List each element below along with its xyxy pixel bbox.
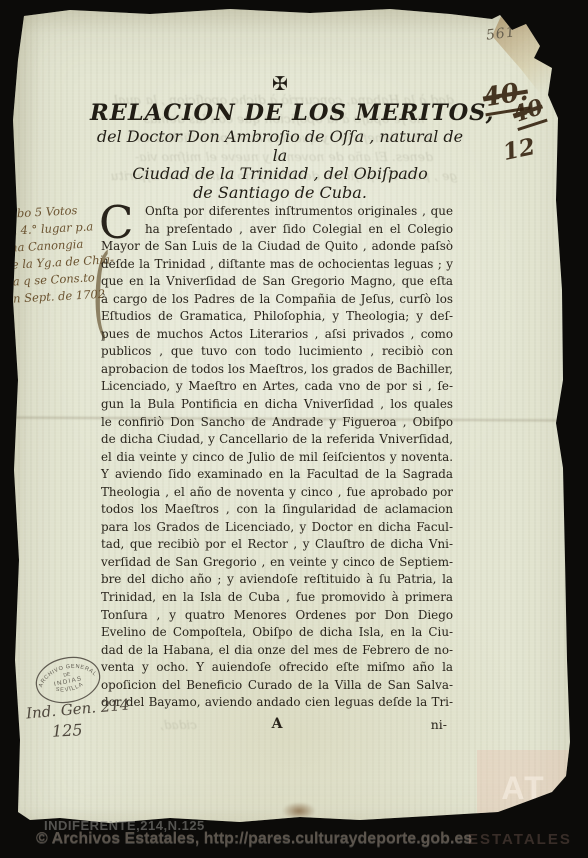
text-line: gun la Bula Pontificia en dicha Vniverſi… [101,396,453,414]
text-line: para los Grados de Licenciado, y Doctor … [101,519,453,537]
catchword: ni- [431,717,447,732]
ghost-watermark: ESTATALES [468,831,572,848]
text-line: dad de la Habana, el dia onze del mes de… [101,642,453,660]
text-line: bre del dicho año ; y aviendoſe reſtitui… [101,571,453,589]
text-line: Y aviendo ſido examinado en la Facultad … [101,466,453,484]
subtitle-line: Ciudad de la Trinidad , del Obiſpado [90,165,470,184]
edge-stain [282,802,316,817]
document-subtitle: del Doctor Don Ambroſio de Oſſa , natura… [90,128,470,202]
text-line: de dicha Ciudad, y Cancellario de la ref… [101,431,453,449]
text-line: que en la Vniverſidad de San Gregorio Ma… [101,273,453,291]
text-line: Theologia , el año de noventa y cinco , … [101,484,453,502]
text-line: Onſta por diferentes inſtrumentos origin… [101,203,453,221]
text-line: Evelino de Compoſtela, Obiſpo de dicha I… [101,624,453,642]
text-line: Mayor de San Luis de la Ciudad de Quito … [101,238,453,256]
pink-stamp-letters: AT [501,770,545,807]
text-line: Trinidad, en la Isla de Cuba , fue promo… [101,589,453,607]
text-line: aprobacion de todos los Maeſtros, los gr… [101,361,453,379]
text-line: Tonſura , y quatro Menores Ordenes por D… [101,607,453,625]
text-line: verſidad de San Gregorio , en veinte y c… [101,554,453,572]
text-line: Eſtudios de Gramatica, Philoſophia, y Th… [101,308,453,326]
subtitle-line: del Doctor Don Ambroſio de Oſſa , natura… [90,128,470,165]
scan-background: dad à la Habana, concurriò à dicho opoſi… [0,0,588,858]
text-line: publicos , que tuvo con todo lucimiento … [101,343,453,361]
title-block: ✠ RELACION DE LOS MERITOS, del Doctor Do… [90,72,470,202]
ink-mark: 12 [501,133,538,166]
maltese-cross-icon: ✠ [90,72,470,96]
item-number-annotation: 125 [52,720,83,741]
text-line: pues de muchos Actos Literarios , aſsi p… [101,326,453,344]
subtitle-line: de Santiago de Cuba. [90,184,470,203]
text-line: Licenciado, y Maeſtro en Artes, cada vno… [101,378,453,396]
text-line: deſde la Trinidad , diſtante mas de ocho… [101,256,453,274]
text-line: todos los Maeſtros , con la ſingularidad… [101,501,453,519]
text-line: ha preſentado , aver ſido Colegial en el… [101,221,453,239]
text-line: tad, que recibiò por el Rector , y Clauſ… [101,536,453,554]
document-page: dad à la Habana, concurriò à dicho opoſi… [0,0,588,858]
pink-archival-stamp: AT [477,750,570,827]
document-title: RELACION DE LOS MERITOS, [90,100,470,126]
drop-cap: C [99,205,133,241]
text-line: el dia veinte y cinco de Julio de mil ſe… [101,449,453,467]
text-line: venta y ocho. Y auiendoſe ofrecido eſte … [101,659,453,677]
signature-mark: A [272,716,283,732]
text-line: opoſicion del Beneficio Curado de la Vil… [101,677,453,695]
copyright-watermark: © Archivos Estatales, http://pares.cultu… [36,830,472,848]
body-text: C Onſta por diferentes inſtrumentos orig… [101,203,453,712]
signature-row: A ni- [101,716,453,736]
text-line: dor del Bayamo, aviendo andado cien legu… [101,694,453,712]
text-line: le confiriò Don Sancho de Andrade y Figu… [101,414,453,432]
text-line: à cargo de los Padres de la Compañia de … [101,291,453,309]
body-text-lines: Onſta por diferentes inſtrumentos origin… [101,203,453,712]
